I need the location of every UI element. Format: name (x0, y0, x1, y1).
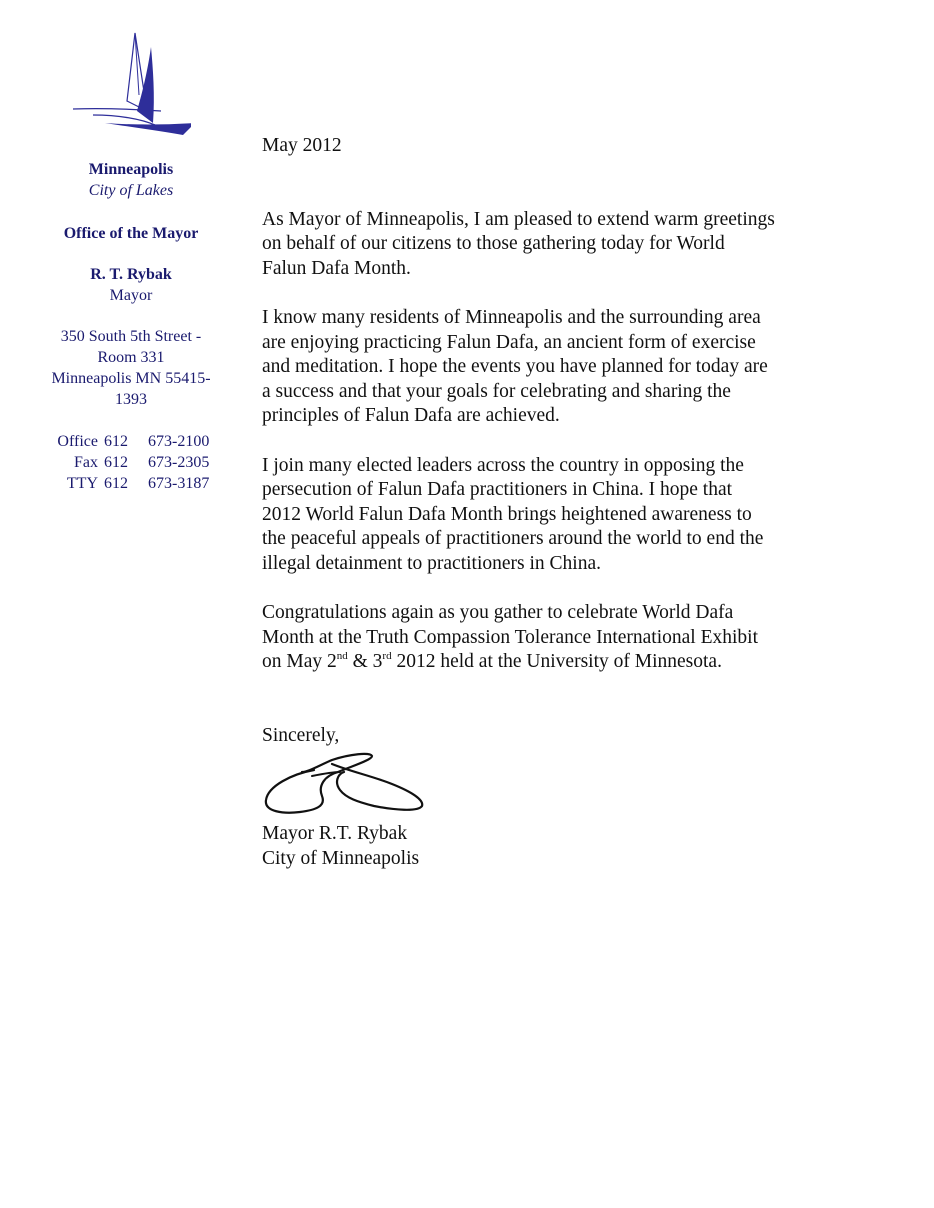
final-paragraph: Congratulations again as you gather to c… (262, 601, 842, 675)
closing: Sincerely, (262, 724, 842, 749)
phone-row-office: Office 612 673-2100 (30, 431, 232, 452)
address-line: Room 331 (30, 347, 232, 368)
address-line: Minneapolis MN 55415- (30, 368, 232, 389)
ordinal-suffix: rd (382, 650, 391, 662)
phone-number: 673-2305 (148, 452, 220, 473)
address-line: 1393 (30, 389, 232, 410)
address-line: 350 South 5th Street - (30, 326, 232, 347)
ordinal-suffix: nd (337, 650, 348, 662)
final-line-part: 2012 held at the University of Minnesota… (392, 651, 722, 672)
final-line-part: on May 2 (262, 651, 337, 672)
mayor-name: R. T. Rybak (30, 264, 232, 285)
city-motto: City of Lakes (30, 180, 232, 201)
phone-list: Office 612 673-2100 Fax 612 673-2305 TTY… (30, 431, 232, 494)
letterhead: Minneapolis City of Lakes Office of the … (30, 20, 232, 494)
phone-label: Office (57, 431, 98, 452)
phone-label: TTY (67, 473, 98, 494)
office-title: Office of the Mayor (30, 223, 232, 244)
phone-area-code: 612 (104, 473, 134, 494)
final-line: Congratulations again as you gather to c… (262, 602, 733, 623)
phone-area-code: 612 (104, 431, 134, 452)
signer-name: Mayor R.T. Rybak (262, 822, 842, 847)
final-line-part: & 3 (348, 651, 383, 672)
phone-number: 673-2100 (148, 431, 220, 452)
address-block: 350 South 5th Street - Room 331 Minneapo… (30, 326, 232, 410)
signature-icon (262, 750, 432, 822)
signer-organization: City of Minneapolis (262, 847, 842, 872)
paragraph: I know many residents of Minneapolis and… (262, 306, 842, 429)
phone-label: Fax (74, 452, 98, 473)
phone-area-code: 612 (104, 452, 134, 473)
paragraph: I join many elected leaders across the c… (262, 454, 842, 577)
paragraph: As Mayor of Minneapolis, I am pleased to… (262, 208, 842, 282)
letter-date: May 2012 (262, 134, 842, 159)
phone-number: 673-3187 (148, 473, 220, 494)
city-name: Minneapolis (30, 159, 232, 180)
mayor-title: Mayor (30, 285, 232, 306)
phone-row-fax: Fax 612 673-2305 (30, 452, 232, 473)
letter-body: May 2012 As Mayor of Minneapolis, I am p… (262, 134, 842, 872)
final-line: Month at the Truth Compassion Tolerance … (262, 627, 758, 648)
phone-row-tty: TTY 612 673-3187 (30, 473, 232, 494)
sailboat-logo-icon (71, 25, 191, 143)
